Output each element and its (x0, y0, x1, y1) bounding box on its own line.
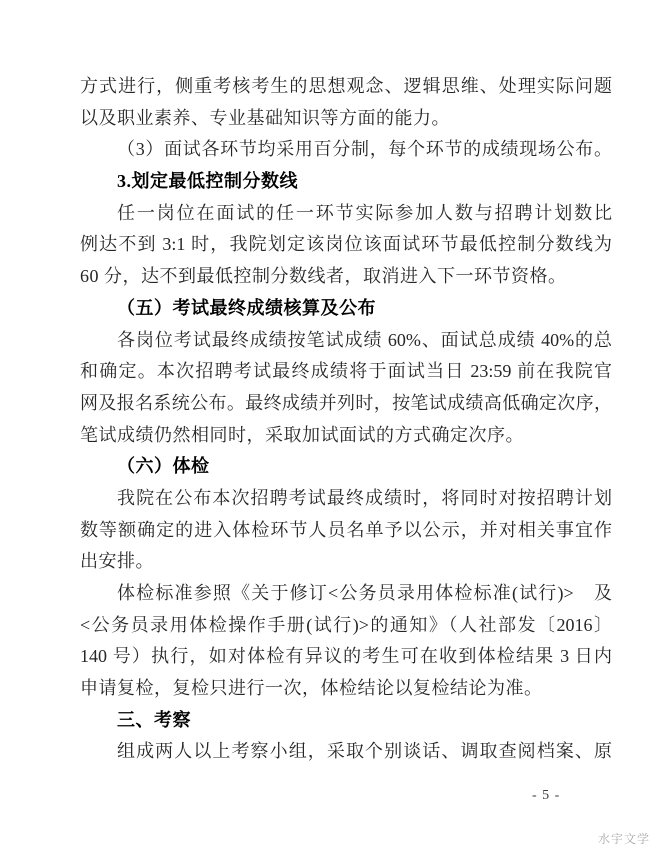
text-line: 出安排。 (80, 546, 612, 578)
text-line: 数等额确定的进入体检环节人员名单予以公示，并对相关事宜作 (80, 515, 612, 547)
document-page: 方式进行，侧重考核考生的思想观念、逻辑思维、处理实际问题以及职业素养、专业基础知… (0, 0, 665, 855)
text-line: 以及职业素养、专业基础知识等方面的能力。 (80, 103, 612, 135)
watermark-text: 水宇文学 (598, 830, 650, 847)
text-line: 申请复检，复检只进行一次，体检结论以复检结论为准。 (80, 673, 612, 705)
heading-line: 三、考察 (80, 705, 612, 737)
text-line: 140 号）执行，如对体检有异议的考生可在收到体检结果 3 日内 (80, 641, 612, 673)
document-text-block: 方式进行，侧重考核考生的思想观念、逻辑思维、处理实际问题以及职业素养、专业基础知… (80, 71, 612, 768)
text-line: 体检标准参照《关于修订<公务员录用体检标准(试行)> 及 (80, 578, 612, 610)
text-line: 和确定。本次招聘考试最终成绩将于面试当日 23:59 前在我院官 (80, 356, 612, 388)
text-line: 我院在公布本次招聘考试最终成绩时，将同时对按招聘计划 (80, 483, 612, 515)
text-line: 笔试成绩仍然相同时，采取加试面试的方式确定次序。 (80, 420, 612, 452)
heading-line: （六）体检 (80, 451, 612, 483)
text-line: <公务员录用体检操作手册(试行)>的通知》（人社部发〔2016〕 (80, 610, 612, 642)
text-line: 任一岗位在面试的任一环节实际参加人数与招聘计划数比 (80, 198, 612, 230)
page-number: - 5 - (532, 788, 560, 804)
text-line: 网及报名系统公布。最终成绩并列时，按笔试成绩高低确定次序， (80, 388, 612, 420)
text-line: 例达不到 3:1 时，我院划定该岗位该面试环节最低控制分数线为 (80, 229, 612, 261)
text-line: 方式进行，侧重考核考生的思想观念、逻辑思维、处理实际问题 (80, 71, 612, 103)
text-line: 各岗位考试最终成绩按笔试成绩 60%、面试总成绩 40%的总 (80, 325, 612, 357)
text-line: （3）面试各环节均采用百分制，每个环节的成绩现场公布。 (80, 134, 612, 166)
heading-line: 3.划定最低控制分数线 (80, 166, 612, 198)
heading-line: （五）考试最终成绩核算及公布 (80, 293, 612, 325)
text-line: 组成两人以上考察小组，采取个别谈话、调取查阅档案、原 (80, 736, 612, 768)
text-line: 60 分，达不到最低控制分数线者，取消进入下一环节资格。 (80, 261, 612, 293)
